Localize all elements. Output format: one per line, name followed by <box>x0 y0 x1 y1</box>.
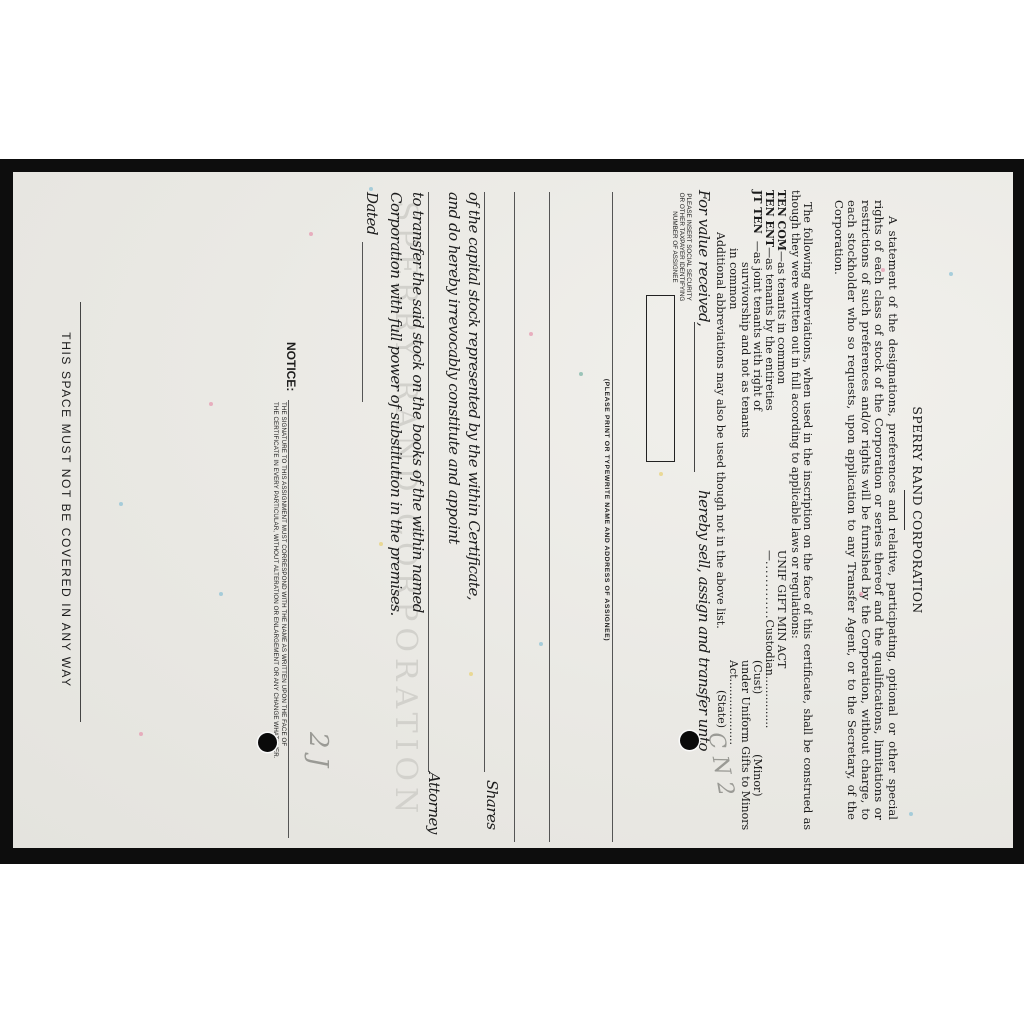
shares-label: Shares <box>483 780 501 830</box>
paper-fiber-dot <box>139 732 143 736</box>
minor-label: (Minor) <box>751 694 764 796</box>
paper-fiber-dot <box>119 502 123 506</box>
attorney-line[interactable] <box>428 192 429 772</box>
punch-hole <box>258 733 277 752</box>
corporation-text: Corporation with full power of substitut… <box>387 192 405 616</box>
sell-assign-transfer: hereby sell, assign and transfer unto <box>695 490 713 751</box>
dated-line[interactable] <box>362 242 363 402</box>
abbr-jt-ten-cont2: in common <box>727 190 739 438</box>
title-rule <box>904 490 905 530</box>
certificate-document: SPERRY RAND CORPORATION SPERRY RAND CORP… <box>13 172 1013 848</box>
paper-fiber-dot <box>579 372 583 376</box>
notice-label: NOTICE: <box>284 342 298 391</box>
paper-fiber-dot <box>469 672 473 676</box>
paper-fiber-dot <box>909 812 913 816</box>
notice-text: THE SIGNATURE TO THIS ASSIGNMENT MUST CO… <box>271 402 287 842</box>
uniform-gifts-label: under Uniform Gifts to Minors <box>739 550 751 840</box>
ssn-label: PLEASE INSERT SOCIAL SECURITY OR OTHER T… <box>671 192 692 302</box>
assignee-name-line[interactable] <box>612 192 613 842</box>
signature-line[interactable] <box>288 400 289 838</box>
constitute-text: and do hereby irrevocably constitute and… <box>445 192 463 544</box>
attorney-label: Attorney <box>425 772 443 834</box>
for-value-line <box>694 322 695 472</box>
shares-line[interactable] <box>484 192 485 772</box>
paper-fiber-dot <box>881 268 885 272</box>
paper-fiber-dot <box>529 332 533 336</box>
paper-fiber-dot <box>539 642 543 646</box>
corporation-title: SPERRY RAND CORPORATION <box>910 172 925 848</box>
assignee-address-line-2[interactable] <box>514 192 515 842</box>
abbreviations-additional: Additional abbreviations may also be use… <box>714 232 727 629</box>
paper-fiber-dot <box>369 187 373 191</box>
paper-fiber-dot <box>859 592 863 596</box>
custodian-label: Custodian <box>763 619 776 675</box>
paper-fiber-dot <box>659 472 663 476</box>
cover-warning-line <box>80 302 81 722</box>
abbr-jt-ten-cont: survivorship and not as tenants <box>739 190 751 438</box>
cover-warning: THIS SPACE MUST NOT BE COVERED IN ANY WA… <box>59 172 73 848</box>
pencil-mark: 2 J <box>303 732 333 767</box>
for-value-received: For value received, <box>695 190 713 326</box>
paper-fiber-dot <box>379 542 383 546</box>
cust-label: (Cust) <box>751 660 764 694</box>
paper-fiber-dot <box>309 232 313 236</box>
certificate-back: SPERRY RAND CORPORATION SPERRY RAND CORP… <box>13 172 1013 848</box>
print-name-label: (PLEASE PRINT OR TYPEWRITE NAME AND ADDR… <box>603 172 610 848</box>
dated-label: Dated <box>363 192 381 235</box>
abbr-ten-com: TEN COM—as tenants in common <box>775 190 787 438</box>
punch-hole <box>680 731 699 750</box>
act-label: Act <box>727 660 740 679</box>
ssn-input-box[interactable] <box>646 295 675 462</box>
paper-fiber-dot <box>219 592 223 596</box>
assignee-address-line-1[interactable] <box>549 192 550 842</box>
abbreviations-intro: The following abbreviations, when used i… <box>789 190 813 830</box>
abbr-jt-ten: JT TEN —as joint tenants with right of <box>751 190 763 438</box>
paper-fiber-dot <box>949 272 953 276</box>
rights-statement: A statement of the designations, prefere… <box>832 200 900 820</box>
abbreviations-list: TEN COM—as tenants in common TEN ENT—as … <box>727 190 787 438</box>
paper-fiber-dot <box>209 402 213 406</box>
capital-stock-text: of the capital stock represented by the … <box>465 192 483 600</box>
abbr-ten-ent: TEN ENT—as tenants by the entireties <box>763 190 775 438</box>
transfer-text: to transfer the said stock on the books … <box>409 192 427 613</box>
